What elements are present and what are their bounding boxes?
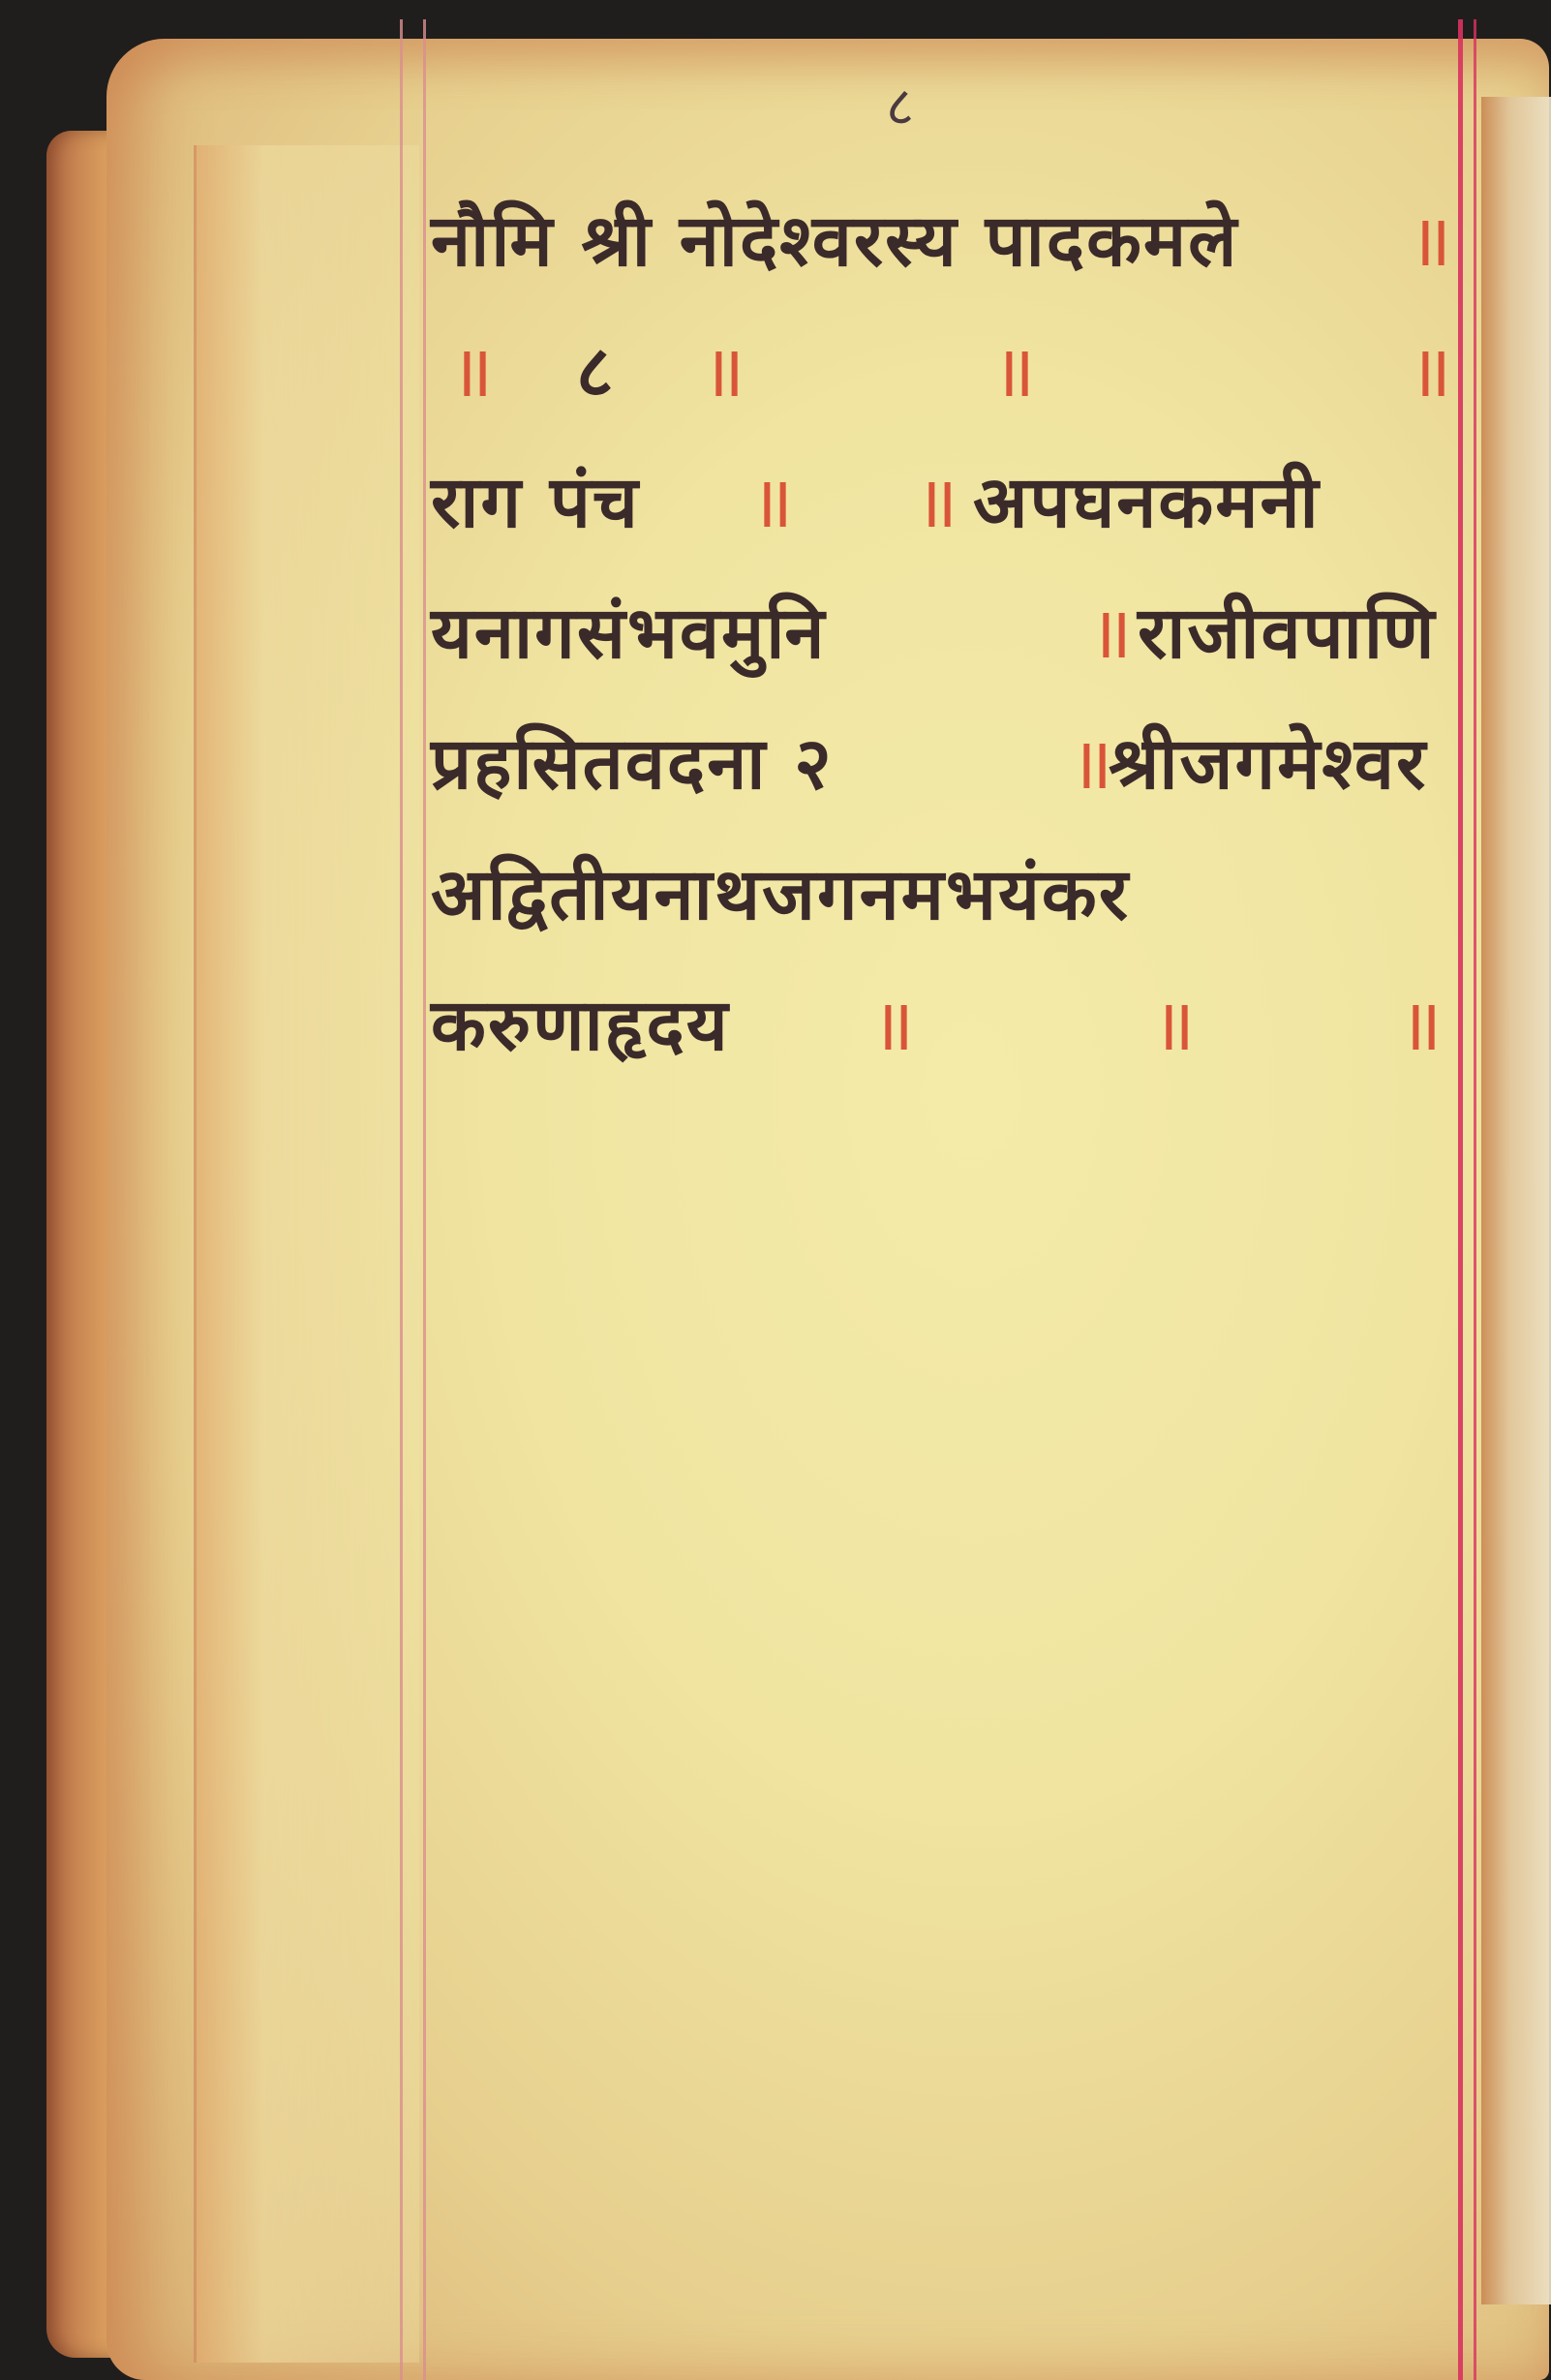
text-line-2: ॥८॥॥॥ [431, 320, 1457, 450]
double-danda-mark: ॥ [992, 320, 1037, 417]
text-segment: अद्वितीयनाथजगनमभयंकर [431, 842, 1130, 940]
text-segment: यनागसंभवमुनि [431, 581, 827, 679]
right-margin-rule [1458, 19, 1463, 2380]
double-danda-mark: ॥ [702, 320, 746, 417]
left-margin-rule-inner [423, 19, 426, 2380]
adjacent-page-edge [1481, 97, 1551, 2304]
double-danda-mark: ॥ [1409, 189, 1453, 287]
text-line-3: राग पंच॥॥अपघनकमनी [431, 450, 1457, 581]
text-segment: राग पंच [431, 450, 640, 548]
text-line-6: अद्वितीयनाथजगनमभयंकर [431, 842, 1457, 973]
text-segment: करुणाहृदय [431, 973, 730, 1071]
text-line-7: करुणाहृदय॥॥॥ [431, 973, 1457, 1104]
text-line-4: यनागसंभवमुनि॥राजीवपाणि [431, 581, 1457, 712]
text-segment: ८ [576, 320, 615, 417]
right-margin-rule-outer [1474, 19, 1476, 2380]
double-danda-mark: ॥ [915, 450, 959, 548]
manuscript-photo: ८ नौमि श्री नोदेश्वरस्य पादकमले॥ ॥८॥॥॥ र… [0, 0, 1551, 2380]
text-segment: प्रहसितवदना २ [431, 712, 834, 809]
text-segment: नौमि श्री नोदेश्वरस्य पादकमले [431, 189, 1238, 287]
double-danda-mark: ॥ [1152, 973, 1197, 1071]
text-segment: श्रीजगमेश्वर [1109, 712, 1427, 809]
double-danda-mark: ॥ [871, 973, 916, 1071]
text-line-1: नौमि श्री नोदेश्वरस्य पादकमले॥ [431, 189, 1457, 320]
leaf-fold [194, 145, 419, 2363]
text-line-5: प्रहसितवदना २॥श्रीजगमेश्वर [431, 712, 1457, 842]
manuscript-text: नौमि श्री नोदेश्वरस्य पादकमले॥ ॥८॥॥॥ राग… [431, 189, 1457, 1104]
text-segment: अपघनकमनी [973, 450, 1321, 548]
double-danda-mark: ॥ [750, 450, 795, 548]
double-danda-mark: ॥ [1399, 973, 1444, 1071]
left-margin-rule [400, 19, 403, 2380]
page-number: ८ [886, 68, 914, 141]
double-danda-mark: ॥ [1409, 320, 1453, 417]
double-danda-mark: ॥ [450, 320, 495, 417]
double-danda-mark: ॥ [1089, 581, 1134, 679]
text-segment: राजीवपाणि [1138, 581, 1437, 679]
